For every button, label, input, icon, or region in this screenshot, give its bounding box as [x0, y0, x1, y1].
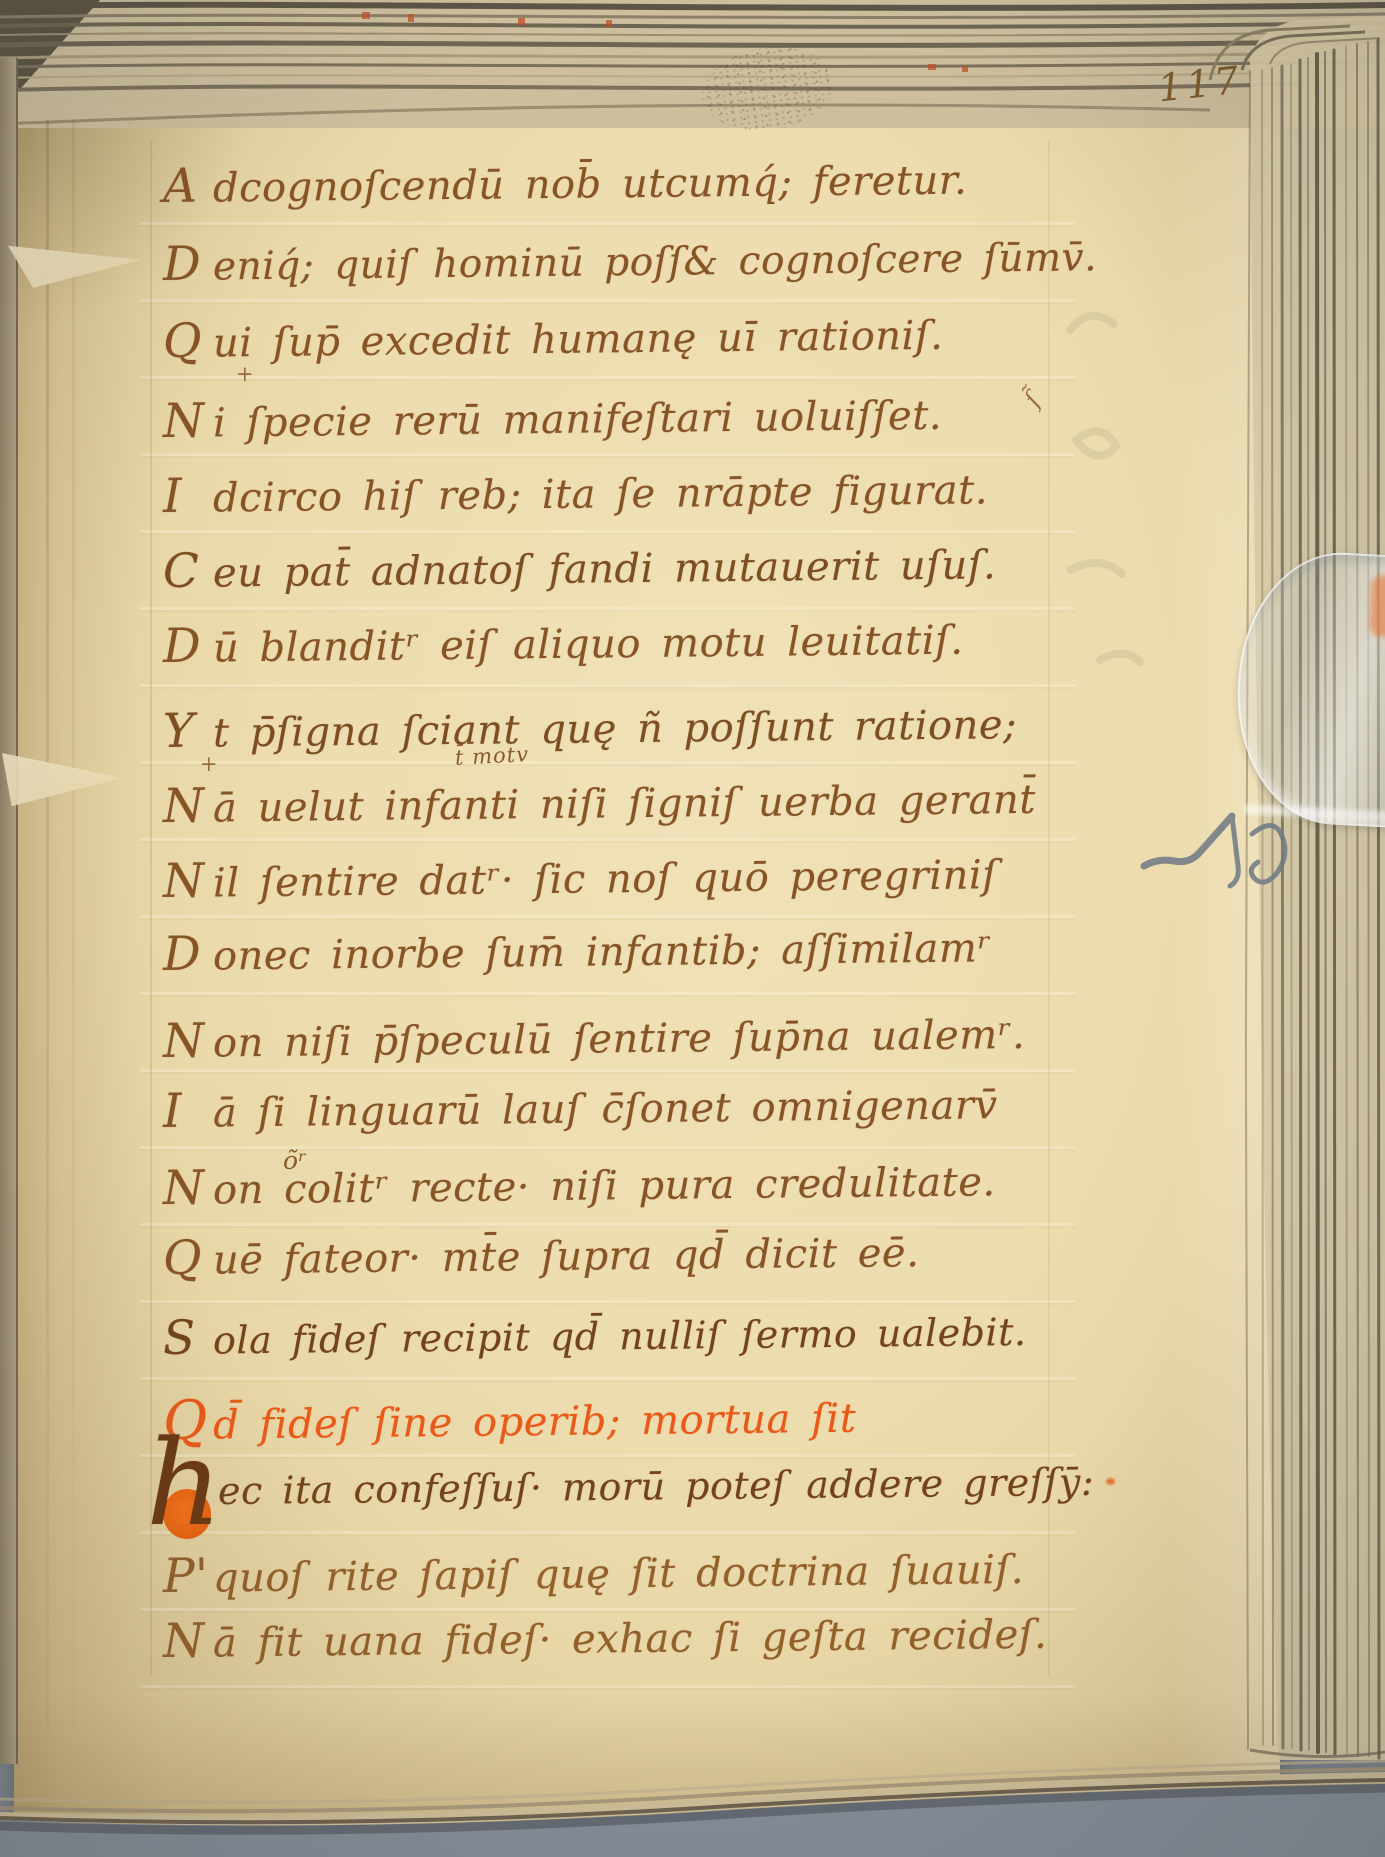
verse-text: on colitʳ recte· niſi pura credulitate. — [213, 1159, 996, 1213]
verse-line: Nā fit uana fideſ· exhac ſi geſta recide… — [163, 1605, 1048, 1669]
versal-initial: N — [163, 1160, 214, 1216]
verse-line: Quē fateor· mt̄e ſupra qd̄ dicit eē. — [163, 1223, 920, 1286]
versal-initial: P' — [163, 1548, 214, 1604]
decorated-initial-h: h — [146, 1424, 222, 1542]
versal-initial: A — [163, 158, 214, 214]
verse-text: t p̄ſigna ſciant quę ñ poſſunt ratione; — [213, 702, 1017, 756]
verse-text: on niſi p̄ſpeculū ſentire ſup̄na ualemʳ. — [213, 1012, 1026, 1067]
clip-reflection — [1369, 574, 1385, 637]
verse-line: Donec inorbe ſum̄ infantib; aſſimilamʳ — [163, 918, 992, 982]
correction-cross-mark: + — [236, 362, 254, 386]
verse-text: quoſ rite ſapiſ quę ſit doctrina ſuauiſ. — [213, 1547, 1024, 1601]
correction-cross-mark: + — [200, 752, 218, 776]
versal-initial: D — [163, 618, 214, 674]
rubric-line: Qd̄ fideſ ſine operib; mortua ſit — [163, 1382, 857, 1452]
verse-line: Qui ſup̄ excedit humanę uī rationiſ. — [163, 306, 944, 369]
versal-initial: Q — [163, 1230, 214, 1286]
versal-initial: N — [163, 1613, 214, 1669]
versal-initial: S — [163, 1310, 214, 1366]
verse-text: ū blanditʳ eiſ aliquo motu leuitatiſ. — [213, 618, 964, 672]
verse-line: Deniq́; quiſ hominū poſſ& cognoſcere ſūm… — [163, 227, 1098, 292]
manuscript-photo: 117 Adcognoſcendū nob̄ utcumq́; feretur.… — [0, 0, 1385, 1857]
versal-initial: N — [163, 1013, 214, 1069]
verse-text: il ſentire datʳ· ſic noſ quō peregriniſ — [213, 852, 998, 906]
verse-line: Sola fideſ recipit qd̄ nulliſ ſermo uale… — [163, 1302, 1027, 1366]
verse-line: Yt p̄ſigna ſciant quę ñ poſſunt ratione; — [163, 695, 1018, 759]
versal-initial: I — [163, 468, 214, 524]
verse-line: ec ita confeſſuſ· morū poteſ addere greſ… — [218, 1460, 1095, 1513]
verse-text: eniq́; quiſ hominū poſſ& cognoſcere ſūmv… — [213, 235, 1097, 289]
verse-text: dcirco hiſ reb; ita ſe nrāpte figurat. — [213, 467, 988, 521]
verse-line: Dū blanditʳ eiſ aliquo motu leuitatiſ. — [163, 611, 964, 674]
verse-text: uē fateor· mt̄e ſupra qd̄ dicit eē. — [213, 1230, 920, 1283]
verse-text: dcognoſcendū nob̄ utcumq́; feretur. — [213, 158, 968, 212]
versal-initial: C — [163, 543, 214, 599]
verse-line: P'quoſ rite ſapiſ quę ſit doctrina ſuaui… — [163, 1540, 1024, 1604]
text-block: Adcognoſcendū nob̄ utcumq́; feretur. Den… — [0, 0, 1385, 1857]
versal-initial: I — [163, 1083, 214, 1139]
interlinear-gloss: õʳ — [283, 1146, 307, 1175]
versal-initial: N — [163, 778, 214, 834]
versal-initial: N — [163, 853, 214, 909]
verse-line: Ceu pat̄ adnatoſ fandi mutauerit uſuſ. — [163, 535, 997, 599]
versal-initial: Q — [163, 313, 214, 369]
verse-text: eu pat̄ adnatoſ fandi mutauerit uſuſ. — [213, 542, 997, 596]
verse-line: Idcirco hiſ reb; ita ſe nrāpte figurat. — [163, 460, 988, 524]
verse-line: Nil ſentire datʳ· ſic noſ quō peregriniſ — [163, 845, 998, 909]
verse-text: ā uelut infanti niſi ſigniſ uerba gerant… — [213, 777, 1036, 832]
interlinear-gloss: t̄ motv — [454, 742, 529, 770]
verse-line: Nā uelut infanti niſi ſigniſ uerba geran… — [163, 770, 1036, 834]
versal-initial: D — [163, 236, 214, 292]
verse-text: ā fit uana fideſ· exhac ſi geſta recideſ… — [213, 1612, 1048, 1667]
versal-initial: N — [163, 393, 214, 449]
versal-initial: Y — [163, 703, 214, 759]
verse-line: Ni ſpecie rerū manifeſtari uoluiſſet. — [163, 386, 943, 449]
verse-line: Adcognoſcendū nob̄ utcumq́; feretur. — [163, 151, 968, 214]
verse-text: ola fideſ recipit qd̄ nulliſ ſermo ualeb… — [213, 1310, 1027, 1363]
verse-text: onec inorbe ſum̄ infantib; aſſimilamʳ — [213, 925, 992, 979]
verse-text: ec ita confeſſuſ· morū poteſ addere greſ… — [218, 1460, 1095, 1513]
verse-text: ā ſi linguarū lauſ c̄ſonet omnigenarv̄ — [213, 1082, 998, 1136]
scribal-flourish: ſ̃ — [1018, 388, 1046, 411]
verse-line: Non niſi p̄ſpeculū ſentire ſup̄na ualemʳ… — [163, 1005, 1026, 1069]
verse-line: Iā ſi linguarū lauſ c̄ſonet omnigenarv̄ — [163, 1075, 998, 1139]
versal-initial: D — [163, 926, 214, 982]
verse-text: ui ſup̄ excedit humanę uī rationiſ. — [213, 313, 944, 367]
rubric-text: d̄ fideſ ſine operib; mortua ſit — [213, 1396, 857, 1449]
verse-text: i ſpecie rerū manifeſtari uoluiſſet. — [213, 393, 942, 447]
